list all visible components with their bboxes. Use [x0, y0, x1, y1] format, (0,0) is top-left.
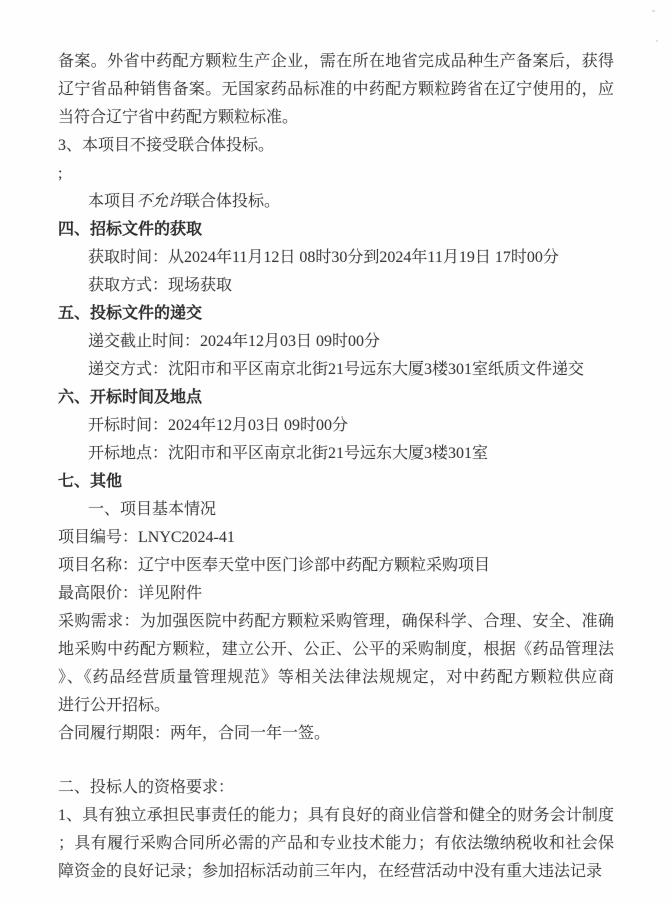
text-run: 递交方式：沈阳市和平区南京北街21号远东大厦3楼301室纸质文件递交	[88, 361, 584, 378]
text-run: ；具有履行采购合同所必需的产品和专业技术能力；有依法缴纳税收和社会保	[58, 835, 614, 852]
text-run: 项目名称：辽宁中医奉天堂中医门诊部中药配方颗粒采购项目	[58, 557, 490, 574]
scan-artifact-speck	[656, 40, 658, 42]
paragraph-line: 》、《药品经营质量管理规范》等相关法律法规规定，对中药配方颗粒供应商	[58, 664, 614, 692]
text-run: 合同履行期限：两年，合同一年一签。	[58, 725, 330, 742]
text-run: 进行公开招标。	[58, 697, 170, 714]
paragraph-line: 当符合辽宁省中药配方颗粒标准。	[58, 104, 614, 132]
text-run: 获取时间：从2024年11月12日 08时30分到2024年11月19日 17时…	[88, 249, 559, 266]
subsection-1-heading: 一、项目基本情况	[88, 496, 614, 524]
text-run: 一、项目基本情况	[88, 501, 216, 518]
document-body: 备案。外省中药配方颗粒生产企业，需在所在地省完成品种生产备案后，获得辽宁省品种销…	[0, 0, 672, 886]
document-page: 备案。外省中药配方颗粒生产企业，需在所在地省完成品种生产备案后，获得辽宁省品种销…	[0, 0, 672, 904]
price-cap-line: 最高限价：详见附件	[58, 580, 614, 608]
text-run: ;	[58, 165, 62, 182]
paragraph-line: 辽宁省品种销售备案。无国家药品标准的中药配方颗粒跨省在辽宁使用的，应	[58, 76, 614, 104]
acquire-method-line: 获取方式：现场获取	[88, 272, 614, 300]
section-heading-4: 四、招标文件的获取	[58, 216, 614, 244]
paragraph-line: 采购需求：为加强医院中药配方颗粒采购管理，确保科学、合理、安全、准确	[58, 608, 614, 636]
paragraph-line: 备案。外省中药配方颗粒生产企业，需在所在地省完成品种生产备案后，获得	[58, 48, 614, 76]
qualification-line: 障资金的良好记录；参加招标活动前三年内，在经营活动中没有重大违法记录	[58, 858, 614, 886]
stray-semicolon: ;	[58, 160, 614, 188]
opening-place-line: 开标地点：沈阳市和平区南京北街21号远东大厦3楼301室	[88, 440, 614, 468]
opening-time-line: 开标时间：2024年12月03日 09时00分	[88, 412, 614, 440]
text-run: 3、本项目不接受联合体投标。	[58, 137, 274, 154]
text-run: 》、《药品经营质量管理规范》等相关法律法规规定，对中药配方颗粒供应商	[58, 669, 614, 686]
qualification-line: ；具有履行采购合同所必需的产品和专业技术能力；有依法缴纳税收和社会保	[58, 830, 614, 858]
text-run: 开标地点：沈阳市和平区南京北街21号远东大厦3楼301室	[88, 445, 488, 462]
emphasized-text: 不允许	[136, 193, 184, 210]
text-run: 联合体投标。	[184, 193, 280, 210]
qualification-line: 1、具有独立承担民事责任的能力；具有良好的商业信誉和健全的财务会计制度	[58, 802, 614, 830]
project-name-line: 项目名称：辽宁中医奉天堂中医门诊部中药配方颗粒采购项目	[58, 552, 614, 580]
scan-artifact-speck	[652, 10, 655, 12]
text-run: 地采购中药配方颗粒，建立公开、公正、公平的采购制度，根据《药品管理法	[58, 641, 614, 658]
text-run: 开标时间：2024年12月03日 09时00分	[88, 417, 348, 434]
text-run: 障资金的良好记录；参加招标活动前三年内，在经营活动中没有重大违法记录	[58, 863, 602, 880]
section-heading-5: 五、投标文件的递交	[58, 300, 614, 328]
text-run: 获取方式：现场获取	[88, 277, 232, 294]
text-run: 四、招标文件的获取	[58, 221, 202, 238]
clause-no-consortium: 3、本项目不接受联合体投标。	[58, 132, 614, 160]
submit-method-line: 递交方式：沈阳市和平区南京北街21号远东大厦3楼301室纸质文件递交	[88, 356, 614, 384]
acquire-time-line: 获取时间：从2024年11月12日 08时30分到2024年11月19日 17时…	[88, 244, 614, 272]
project-number-line: 项目编号：LNYC2024-41	[58, 524, 614, 552]
paragraph-line: 进行公开招标。	[58, 692, 614, 720]
paragraph-line: 地采购中药配方颗粒，建立公开、公正、公平的采购制度，根据《药品管理法	[58, 636, 614, 664]
text-run: 1、具有独立承担民事责任的能力；具有良好的商业信誉和健全的财务会计制度	[58, 807, 614, 824]
text-run: 备案。外省中药配方颗粒生产企业，需在所在地省完成品种生产备案后，获得	[58, 53, 614, 70]
submit-deadline-line: 递交截止时间：2024年12月03日 09时00分	[88, 328, 614, 356]
contract-term-line: 合同履行期限：两年，合同一年一签。	[58, 720, 614, 748]
text-run: 当符合辽宁省中药配方颗粒标准。	[58, 109, 298, 126]
text-run: 递交截止时间：2024年12月03日 09时00分	[88, 333, 380, 350]
text-run: 项目编号：LNYC2024-41	[58, 529, 235, 546]
text-run: 辽宁省品种销售备案。无国家药品标准的中药配方颗粒跨省在辽宁使用的，应	[58, 81, 614, 98]
subsection-2-heading: 二、投标人的资格要求：	[58, 774, 614, 802]
section-heading-6: 六、开标时间及地点	[58, 384, 614, 412]
text-run: 二、投标人的资格要求：	[58, 779, 234, 796]
text-run: 五、投标文件的递交	[58, 305, 202, 322]
section-heading-7: 七、其他	[58, 468, 614, 496]
text-run: 六、开标时间及地点	[58, 389, 202, 406]
text-run: 七、其他	[58, 473, 122, 490]
clause-no-consortium-emphasis: 本项目不允许联合体投标。	[88, 188, 614, 216]
text-run: 本项目	[88, 193, 136, 210]
text-run: 最高限价：详见附件	[58, 585, 202, 602]
text-run: 采购需求：为加强医院中药配方颗粒采购管理，确保科学、合理、安全、准确	[58, 613, 614, 630]
